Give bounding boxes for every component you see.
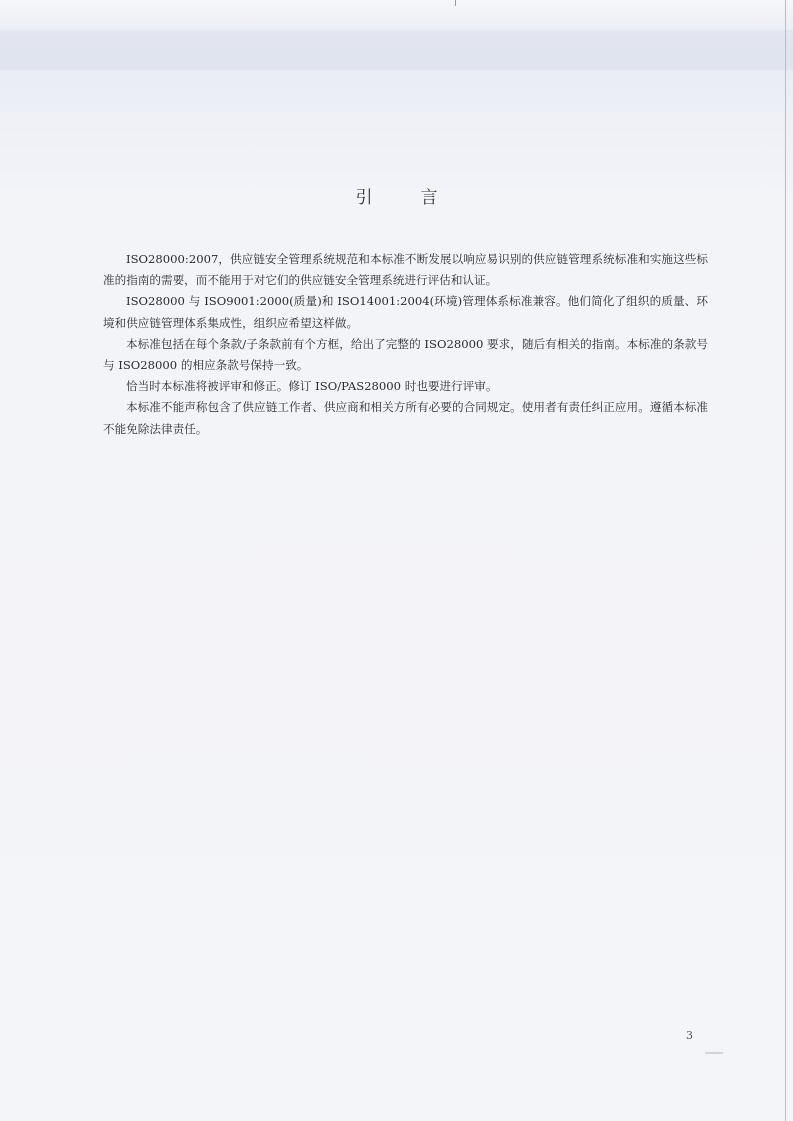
paragraph-3: 本标准包括在每个条款/子条款前有个方框，给出了完整的 ISO28000 要求，随… xyxy=(103,334,708,376)
scan-speck xyxy=(705,1052,723,1054)
paragraph-2: ISO28000 与 ISO9001:2000(质量)和 ISO14001:20… xyxy=(103,291,708,333)
paragraph-4: 恰当时本标准将被评审和修正。修订 ISO/PAS28000 时也要进行评审。 xyxy=(103,376,708,397)
page-title-char-2: 言 xyxy=(421,183,438,208)
scan-artifact-band xyxy=(0,30,793,70)
document-page: 引言 ISO28000:2007，供应链安全管理系统规范和本标准不断发展以响应易… xyxy=(0,0,793,1121)
page-title-char-1: 引 xyxy=(356,183,373,208)
paragraph-5: 本标准不能声称包含了供应链工作者、供应商和相关方所有必要的合同规定。使用者有责任… xyxy=(103,397,708,439)
page-title: 引言 xyxy=(0,183,793,208)
page-number: 3 xyxy=(686,1029,693,1042)
page-edge-line xyxy=(785,0,786,1121)
introduction-body: ISO28000:2007，供应链安全管理系统规范和本标准不断发展以响应易识别的… xyxy=(103,249,708,440)
paragraph-1: ISO28000:2007，供应链安全管理系统规范和本标准不断发展以响应易识别的… xyxy=(103,249,708,291)
scan-mark xyxy=(455,0,456,6)
